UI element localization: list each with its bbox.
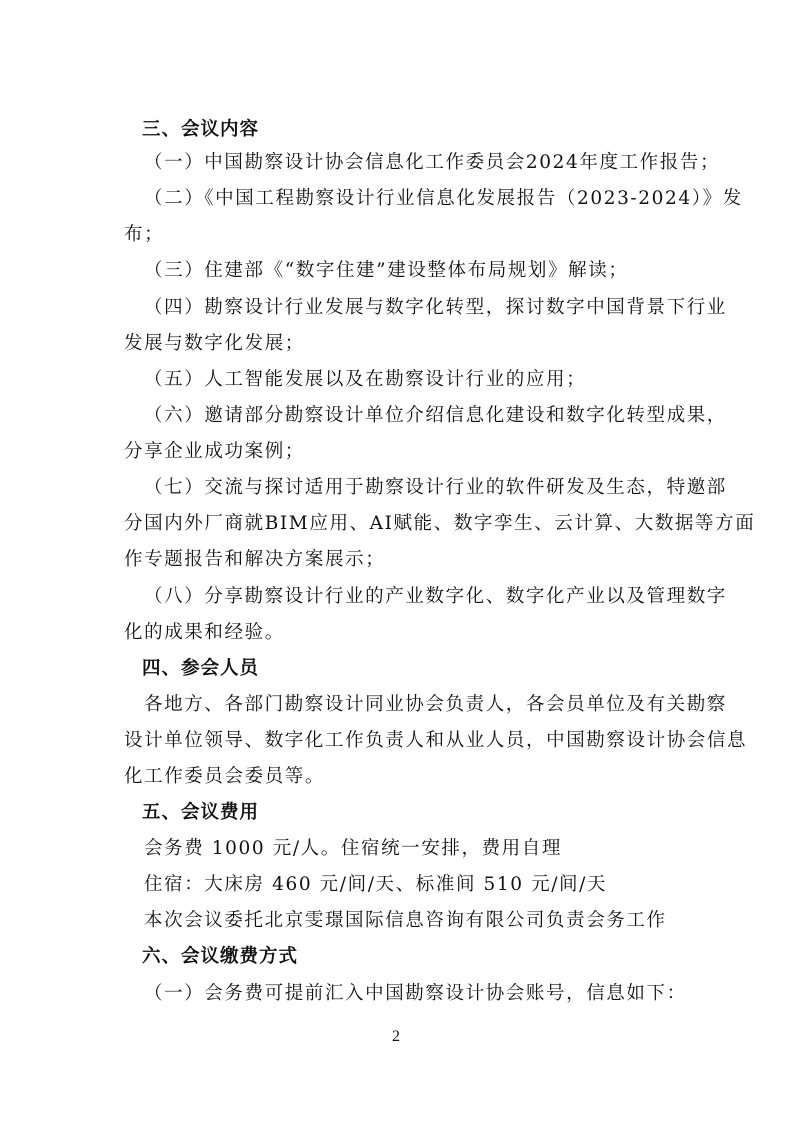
paragraph-line: （五）人工智能发展以及在勘察设计行业的应用； bbox=[144, 368, 704, 392]
paragraph-line: （八）分享勘察设计行业的产业数字化、数字化产业以及管理数字 bbox=[144, 585, 704, 609]
paragraph-line: 会务费 1000 元/人。住宿统一安排，费用自理 bbox=[144, 837, 704, 861]
paragraph-line: 分享企业成功案例； bbox=[124, 440, 684, 464]
paragraph-line: 化的成果和经验。 bbox=[124, 621, 684, 645]
paragraph-line: （七）交流与探讨适用于勘察设计行业的软件研发及生态，特邀部 bbox=[144, 476, 704, 500]
paragraph-line: （一）中国勘察设计协会信息化工作委员会2024年度工作报告； bbox=[144, 151, 704, 175]
paragraph-line: 各地方、各部门勘察设计同业协会负责人，各会员单位及有关勘察 bbox=[144, 693, 704, 717]
paragraph-line: （四）勘察设计行业发展与数字化转型，探讨数字中国背景下行业 bbox=[144, 296, 704, 320]
page-number: 2 bbox=[0, 1028, 792, 1046]
paragraph-line: 化工作委员会委员等。 bbox=[124, 765, 684, 789]
paragraph-line: 设计单位领导、数字化工作负责人和从业人员，中国勘察设计协会信息 bbox=[124, 729, 684, 753]
paragraph-line: （二）《中国工程勘察设计行业信息化发展报告（2023-2024）》发 bbox=[144, 187, 704, 211]
paragraph-line: 作专题报告和解决方案展示； bbox=[124, 548, 684, 572]
section-heading: 六、会议缴费方式 bbox=[142, 945, 702, 969]
paragraph-line: （六）邀请部分勘察设计单位介绍信息化建设和数字化转型成果， bbox=[144, 404, 704, 428]
paragraph-line: 布； bbox=[124, 223, 684, 247]
paragraph-line: 分国内外厂商就BIM应用、AI赋能、数字孪生、云计算、大数据等方面 bbox=[124, 512, 684, 536]
paragraph-line: （一）会务费可提前汇入中国勘察设计协会账号，信息如下： bbox=[144, 982, 704, 1006]
document-page: 三、会议内容 （一）中国勘察设计协会信息化工作委员会2024年度工作报告； （二… bbox=[0, 0, 792, 1121]
section-heading: 三、会议内容 bbox=[142, 118, 702, 142]
section-heading: 四、参会人员 bbox=[142, 657, 702, 681]
paragraph-line: 本次会议委托北京雯璟国际信息咨询有限公司负责会务工作 bbox=[144, 909, 704, 933]
paragraph-line: （三）住建部《“数字住建”建设整体布局规划》解读； bbox=[144, 259, 704, 283]
paragraph-line: 住宿：大床房 460 元/间/天、标准间 510 元/间/天 bbox=[144, 873, 704, 897]
section-heading: 五、会议费用 bbox=[142, 801, 702, 825]
paragraph-line: 发展与数字化发展； bbox=[124, 332, 684, 356]
